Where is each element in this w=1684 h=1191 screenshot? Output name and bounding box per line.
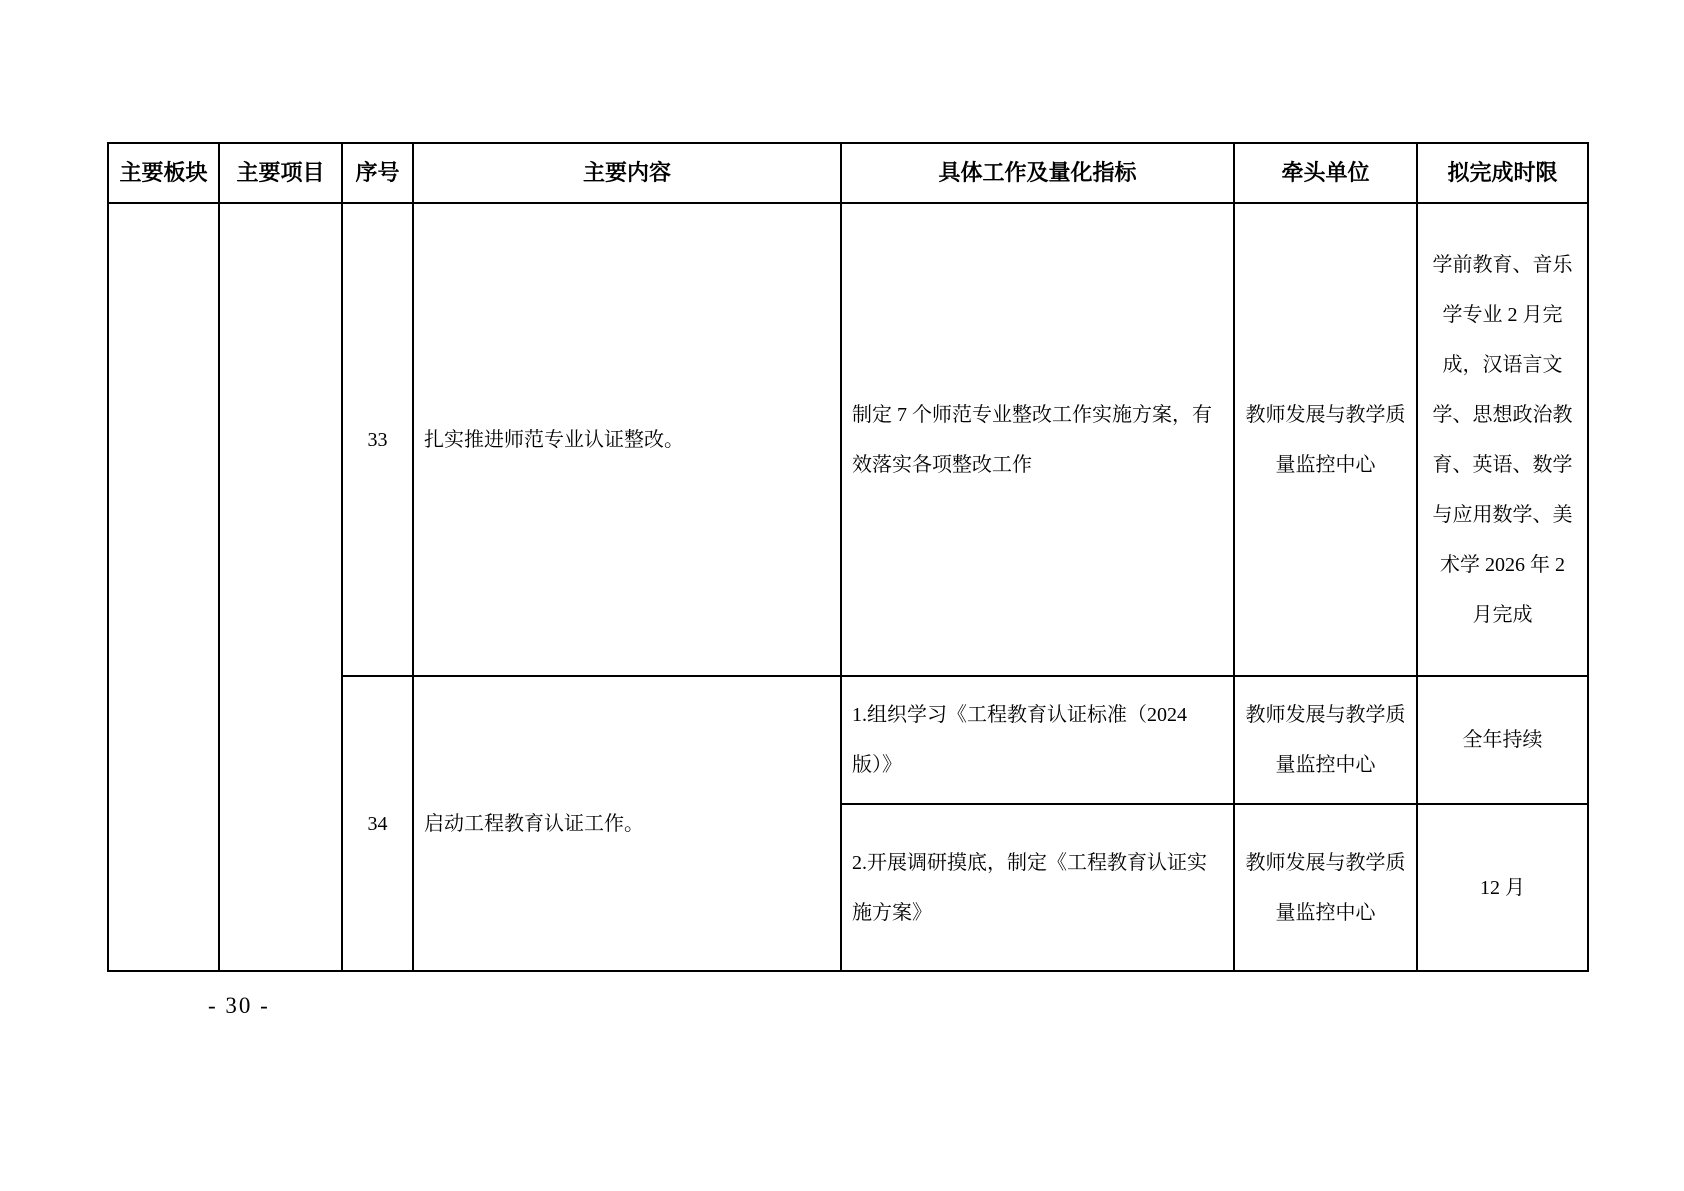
row34-seq-cell: 34 — [342, 676, 413, 971]
row34-task1-lead-unit-cell: 教师发展与教学质量监控中心 — [1234, 676, 1417, 804]
row33-work-cell: 制定 7 个师范专业整改工作实施方案，有效落实各项整改工作 — [841, 203, 1234, 676]
row33-deadline-cell: 学前教育、音乐学专业 2 月完成，汉语言文学、思想政治教育、英语、数学与应用数学… — [1417, 203, 1588, 676]
work-plan-table: 主要板块 主要项目 序号 主要内容 具体工作及量化指标 牵头单位 拟完成时限 3… — [107, 142, 1589, 972]
table-row-33: 33 扎实推进师范专业认证整改。 制定 7 个师范专业整改工作实施方案，有效落实… — [108, 203, 1588, 676]
col-header-deadline: 拟完成时限 — [1417, 143, 1588, 203]
col-header-main-block: 主要板块 — [108, 143, 219, 203]
col-header-lead-unit: 牵头单位 — [1234, 143, 1417, 203]
row33-seq-cell: 33 — [342, 203, 413, 676]
row34-task2-deadline-cell: 12 月 — [1417, 804, 1588, 971]
row34-task2-lead-unit-cell: 教师发展与教学质量监控中心 — [1234, 804, 1417, 971]
row33-content-cell: 扎实推进师范专业认证整改。 — [413, 203, 841, 676]
col-header-seq: 序号 — [342, 143, 413, 203]
page-number: - 30 - — [208, 993, 270, 1019]
row34-task1-work-cell: 1.组织学习《工程教育认证标准（2024 版）》 — [841, 676, 1234, 804]
row34-task1-deadline-cell: 全年持续 — [1417, 676, 1588, 804]
col-header-specific-work: 具体工作及量化指标 — [841, 143, 1234, 203]
col-header-main-content: 主要内容 — [413, 143, 841, 203]
header-row: 主要板块 主要项目 序号 主要内容 具体工作及量化指标 牵头单位 拟完成时限 — [108, 143, 1588, 203]
main-block-cell — [108, 203, 219, 971]
main-project-cell — [219, 203, 342, 971]
document-page: 主要板块 主要项目 序号 主要内容 具体工作及量化指标 牵头单位 拟完成时限 3… — [0, 0, 1684, 1191]
col-header-main-project: 主要项目 — [219, 143, 342, 203]
row34-task2-work-cell: 2.开展调研摸底，制定《工程教育认证实施方案》 — [841, 804, 1234, 971]
row34-content-cell: 启动工程教育认证工作。 — [413, 676, 841, 971]
work-plan-table-container: 主要板块 主要项目 序号 主要内容 具体工作及量化指标 牵头单位 拟完成时限 3… — [107, 142, 1587, 970]
row33-lead-unit-cell: 教师发展与教学质量监控中心 — [1234, 203, 1417, 676]
